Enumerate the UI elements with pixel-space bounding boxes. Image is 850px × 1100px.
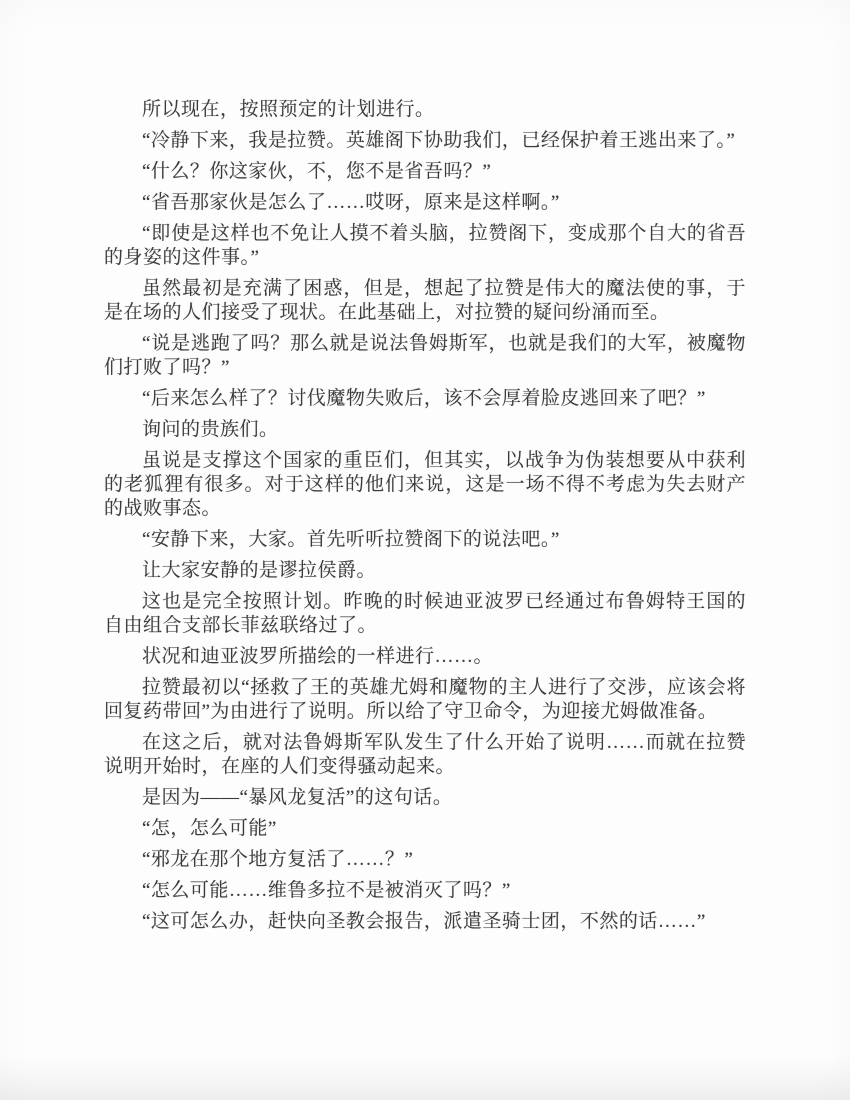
paragraph: “安静下来，大家。首先听听拉赞阁下的说法吧。” bbox=[104, 528, 746, 552]
paragraph: 是因为——“暴风龙复活”的这句话。 bbox=[104, 786, 746, 810]
novel-page: 所以现在，按照预定的计划进行。“冷静下来，我是拉赞。英雄阁下协助我们，已经保护着… bbox=[0, 0, 850, 1100]
novel-text-block: 所以现在，按照预定的计划进行。“冷静下来，我是拉赞。英雄阁下协助我们，已经保护着… bbox=[104, 98, 746, 934]
paragraph: “什么？你这家伙，不，您不是省吾吗？” bbox=[104, 160, 746, 184]
paragraph: 状况和迪亚波罗所描绘的一样进行……。 bbox=[104, 645, 746, 669]
paragraph: 让大家安静的是谬拉侯爵。 bbox=[104, 559, 746, 583]
paragraph: 这也是完全按照计划。昨晚的时候迪亚波罗已经通过布鲁姆特王国的自由组合支部长菲兹联… bbox=[104, 590, 746, 638]
paragraph: “邪龙在那个地方复活了……？” bbox=[104, 848, 746, 872]
paragraph: “说是逃跑了吗？那么就是说法鲁姆斯军，也就是我们的大军，被魔物们打败了吗？” bbox=[104, 332, 746, 380]
paragraph: 在这之后，就对法鲁姆斯军队发生了什么开始了说明……而就在拉赞说明开始时，在座的人… bbox=[104, 731, 746, 779]
paragraph: 拉赞最初以“拯救了王的英雄尤姆和魔物的主人进行了交涉，应该会将回复药带回”为由进… bbox=[104, 676, 746, 724]
paragraph: “怎么可能……维鲁多拉不是被消灭了吗？” bbox=[104, 879, 746, 903]
paragraph: 虽说是支撑这个国家的重臣们，但其实，以战争为伪装想要从中获利的老狐狸有很多。对于… bbox=[104, 449, 746, 521]
paragraph: “怎，怎么可能” bbox=[104, 817, 746, 841]
paragraph: “省吾那家伙是怎么了……哎呀，原来是这样啊。” bbox=[104, 191, 746, 215]
paragraph: 虽然最初是充满了困惑，但是，想起了拉赞是伟大的魔法使的事，于是在场的人们接受了现… bbox=[104, 277, 746, 325]
paragraph: “后来怎么样了？讨伐魔物失败后，该不会厚着脸皮逃回来了吧？” bbox=[104, 387, 746, 411]
paragraph: “这可怎么办，赶快向圣教会报告，派遣圣骑士团，不然的话……” bbox=[104, 910, 746, 934]
paragraph: “即使是这样也不免让人摸不着头脑，拉赞阁下，变成那个自大的省吾的身姿的这件事。” bbox=[104, 222, 746, 270]
paragraph: 所以现在，按照预定的计划进行。 bbox=[104, 98, 746, 122]
paragraph: “冷静下来，我是拉赞。英雄阁下协助我们，已经保护着王逃出来了。” bbox=[104, 129, 746, 153]
paragraph: 询问的贵族们。 bbox=[104, 418, 746, 442]
